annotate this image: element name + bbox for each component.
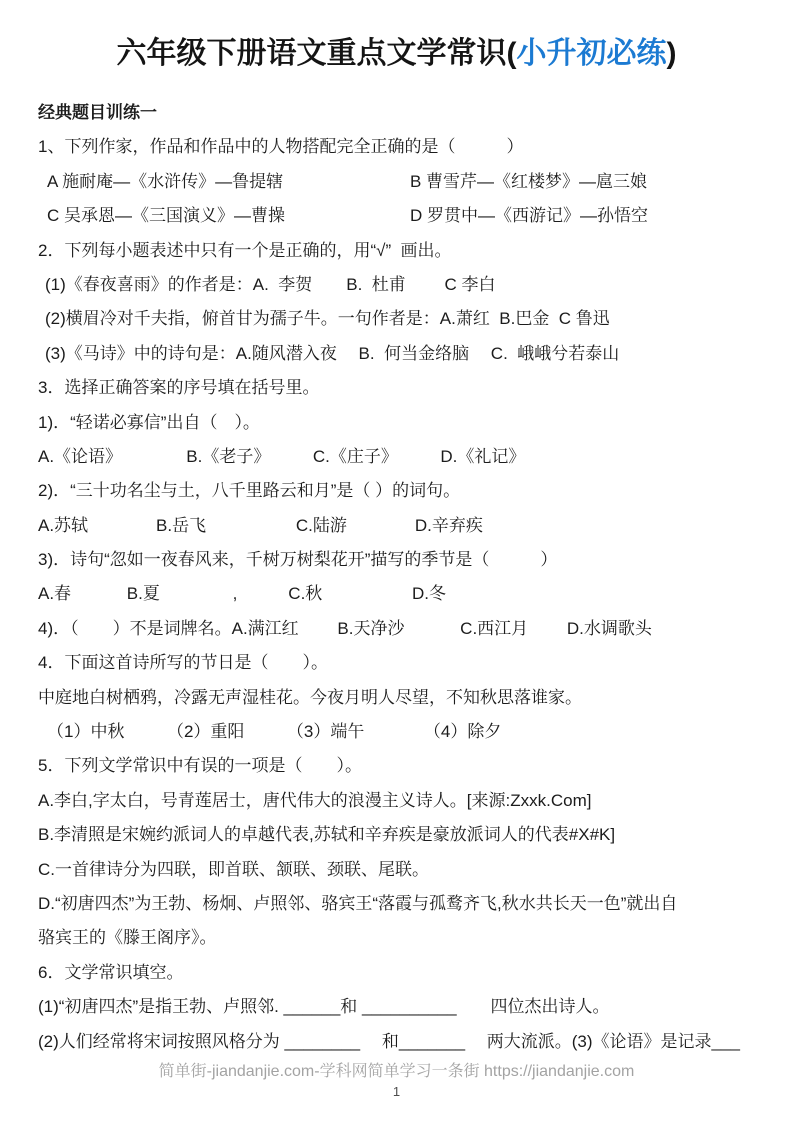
page-title-prefix: 六年级下册语文重点文学常识( <box>117 37 517 70</box>
section-heading: 经典题目训练一 <box>38 96 769 130</box>
q5-option-d-continued: 骆宾王的《滕王阁序》。 <box>38 921 769 955</box>
q3-sub-1: 1)．“轻诺必寡信”出自（ ）。 <box>38 406 769 440</box>
q1-option-c: C 吴承恩—《三国演义》—曹操 <box>47 206 285 225</box>
footer-site-line: 简单街-jiandanjie.com-学科网简单学习一条街 https://ji… <box>0 1058 793 1081</box>
page-title-suffix: ) <box>667 37 677 70</box>
q5-stem: 5．下列文学常识中有误的一项是（ ）。 <box>38 749 769 783</box>
q1-option-d: D 罗贯中—《西游记》—孙悟空 <box>410 199 648 233</box>
page-title: 六年级下册语文重点文学常识(小升初必练) <box>0 28 793 72</box>
q1-options-row-1: A 施耐庵—《水浒传》—鲁提辖B 曹雪芹—《红楼梦》—扈三娘 <box>38 165 769 199</box>
q2-item-2: (2)横眉冷对千夫指，俯首甘为孺子牛。一句作者是：A.萧红 B.巴金 C 鲁迅 <box>38 302 769 336</box>
q2-stem: 2．下列每小题表述中只有一个是正确的，用“√” 画出。 <box>38 234 769 268</box>
document-page: 六年级下册语文重点文学常识(小升初必练) 经典题目训练一 1、下列作家，作品和作… <box>0 0 793 1121</box>
q6-blank-1: (1)“初唐四杰”是指王勃、卢照邻. ______和 __________ 四位… <box>38 990 769 1024</box>
q4-options: （1）中秋 （2）重阳 （3）端午 （4）除夕 <box>38 715 769 749</box>
q1-option-b: B 曹雪芹—《红楼梦》—扈三娘 <box>410 165 647 199</box>
q5-option-c: C.一首律诗分为四联，即首联、颔联、颈联、尾联。 <box>38 853 769 887</box>
q3-sub-3-options: A.春 B.夏 , C.秋 D.冬 <box>38 577 769 611</box>
q3-sub-1-options: A.《论语》 B.《老子》 C.《庄子》 D.《礼记》 <box>38 440 769 474</box>
q3-sub-2-options: A.苏轼 B.岳飞 C.陆游 D.辛弃疾 <box>38 509 769 543</box>
q5-option-b: B.李清照是宋婉约派词人的卓越代表,苏轼和辛弃疾是豪放派词人的代表#X#K] <box>38 818 769 852</box>
q6-stem: 6．文学常识填空。 <box>38 956 769 990</box>
q6-blank-2: (2)人们经常将宋词按照风格分为 ________ 和_______ 两大流派。… <box>38 1025 769 1059</box>
q5-option-a: A.李白,字太白，号青莲居士，唐代伟大的浪漫主义诗人。[来源:Zxxk.Com] <box>38 784 769 818</box>
q3-sub-3: 3)．诗句“忽如一夜春风来，千树万树梨花开”描写的季节是（ ） <box>38 543 769 577</box>
q4-poem: 中庭地白树栖鸦，冷露无声湿桂花。今夜月明人尽望，不知秋思落谁家。 <box>38 681 769 715</box>
document-body: 经典题目训练一 1、下列作家，作品和作品中的人物搭配完全正确的是（ ） A 施耐… <box>38 96 769 1059</box>
q5-option-d: D.“初唐四杰”为王勃、杨炯、卢照邻、骆宾王“落霞与孤鹜齐飞,秋水共长天一色”就… <box>38 887 769 921</box>
page-number: 1 <box>0 1084 793 1099</box>
q2-item-3: (3)《马诗》中的诗句是：A.随风潜入夜 B. 何当金络脑 C. 峨峨兮若泰山 <box>38 337 769 371</box>
q3-sub-2: 2)．“三十功名尘与土，八千里路云和月”是（ ）的词句。 <box>38 474 769 508</box>
q4-stem: 4．下面这首诗所写的节日是（ ）。 <box>38 646 769 680</box>
q1-option-a: A 施耐庵—《水浒传》—鲁提辖 <box>47 172 283 191</box>
page-title-highlight: 小升初必练 <box>517 37 667 70</box>
q1-options-row-2: C 吴承恩—《三国演义》—曹操D 罗贯中—《西游记》—孙悟空 <box>38 199 769 233</box>
q1-stem: 1、下列作家，作品和作品中的人物搭配完全正确的是（ ） <box>38 130 769 164</box>
q3-stem: 3．选择正确答案的序号填在括号里。 <box>38 371 769 405</box>
q2-item-1: (1)《春夜喜雨》的作者是：A. 李贺 B. 杜甫 C 李白 <box>38 268 769 302</box>
q3-sub-4: 4)．（ ）不是词牌名。A.满江红 B.天净沙 C.西江月 D.水调歌头 <box>38 612 769 646</box>
